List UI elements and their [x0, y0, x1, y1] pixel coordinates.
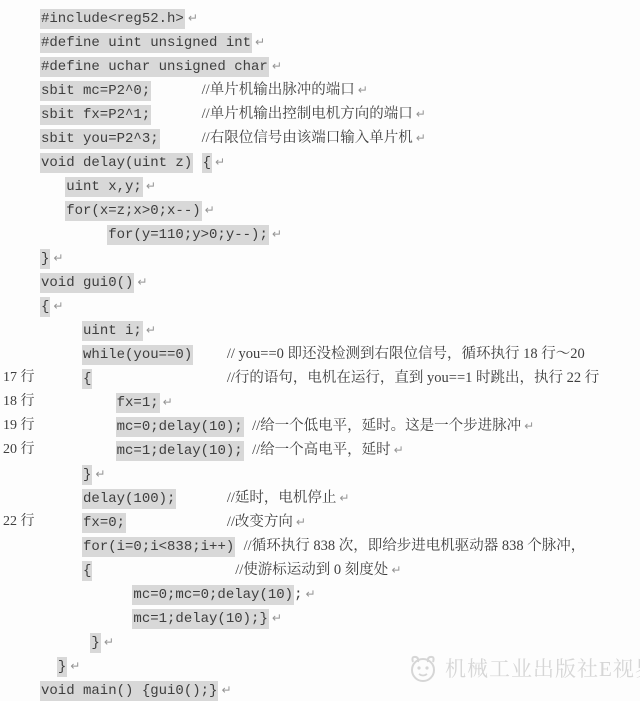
code-line-body: {↵ — [40, 294, 63, 318]
code-text: for(x=z;x>0;x--) — [65, 201, 201, 221]
code-comment: // you==0 即还没检测到右限位信号，循环执行 18 行～20 — [227, 346, 585, 362]
code-line-body: while(you==0) // you==0 即还没检测到右限位信号，循环执行… — [40, 342, 585, 366]
code-line: #define uint unsigned int↵ — [0, 30, 640, 54]
code-line: for(x=z;x>0;x--)↵ — [0, 198, 640, 222]
code-gap — [160, 129, 202, 149]
line-number-label — [0, 582, 40, 606]
line-number-label — [0, 30, 40, 54]
code-text: while(you==0) — [82, 345, 193, 365]
document-page: #include<reg52.h>↵#define uint unsigned … — [0, 0, 640, 701]
code-indent — [40, 345, 82, 365]
return-mark-icon: ↵ — [391, 563, 401, 577]
code-text: #define uint unsigned int — [40, 33, 252, 53]
code-gap — [151, 81, 201, 101]
code-line: {↵ — [0, 294, 640, 318]
code-line: uint i;↵ — [0, 318, 640, 342]
return-mark-icon: ↵ — [215, 155, 225, 169]
code-text: #include<reg52.h> — [40, 9, 185, 29]
code-line: 17 行 { //行的语句，电机在运行，直到 you==1 时跳出，执行 22 … — [0, 366, 640, 390]
line-number-label — [0, 318, 40, 342]
code-line: delay(100); //延时，电机停止↵ — [0, 486, 640, 510]
return-mark-icon: ↵ — [188, 11, 198, 25]
code-comment: //单片机输出控制电机方向的端口 — [202, 106, 413, 122]
code-line: void gui0()↵ — [0, 270, 640, 294]
code-text — [193, 153, 201, 173]
code-line: while(you==0) // you==0 即还没检测到右限位信号，循环执行… — [0, 342, 640, 366]
code-line: }↵ — [0, 246, 640, 270]
return-mark-icon: ↵ — [70, 659, 80, 673]
code-text: for(i=0;i<838;i++) — [82, 537, 235, 557]
code-line: 19 行 mc=0;delay(10); //给一个低电平，延时。这是一个步进脉… — [0, 414, 640, 438]
code-line-body: for(x=z;x>0;x--)↵ — [40, 198, 215, 222]
return-mark-icon: ↵ — [524, 419, 534, 433]
line-number-label — [0, 246, 40, 270]
code-line-body: mc=1;delay(10); //给一个高电平，延时↵ — [40, 438, 404, 462]
line-number-label — [0, 558, 40, 582]
code-text: void gui0() — [40, 273, 134, 293]
code-text: } — [82, 465, 92, 485]
code-comment: //给一个低电平，延时。这是一个步进脉冲 — [252, 418, 521, 434]
code-gap — [244, 417, 252, 437]
code-text: mc=1;delay(10);} — [132, 609, 268, 629]
line-number-label: 19 行 — [0, 414, 40, 438]
code-indent — [40, 609, 132, 629]
code-line: sbit mc=P2^0; //单片机输出脉冲的端口↵ — [0, 78, 640, 102]
code-line: sbit fx=P2^1; //单片机输出控制电机方向的端口↵ — [0, 102, 640, 126]
code-gap — [126, 513, 227, 533]
code-line-body: { //使游标运动到 0 刻度处↵ — [40, 558, 401, 582]
return-mark-icon: ↵ — [137, 275, 147, 289]
line-number-label — [0, 270, 40, 294]
code-comment: //右限位信号由该端口输入单片机 — [202, 130, 413, 146]
code-text: sbit mc=P2^0; — [40, 81, 151, 101]
code-indent — [40, 537, 82, 557]
code-text: void delay(uint z) — [40, 153, 193, 173]
code-line-body: }↵ — [40, 462, 105, 486]
code-comment: //循环执行 838 次，即给步进电机驱动器 838 个脉冲， — [244, 538, 586, 554]
return-mark-icon: ↵ — [358, 83, 368, 97]
code-text: { — [202, 153, 212, 173]
line-number-label — [0, 102, 40, 126]
code-indent — [40, 369, 82, 389]
code-line-body: for(i=0;i<838;i++) //循环执行 838 次，即给步进电机驱动… — [40, 534, 585, 558]
line-number-label — [0, 462, 40, 486]
code-line-body: }↵ — [40, 654, 80, 678]
code-line: 20 行 mc=1;delay(10); //给一个高电平，延时↵ — [0, 438, 640, 462]
return-mark-icon: ↵ — [272, 611, 282, 625]
code-line-body: #define uint unsigned int↵ — [40, 30, 265, 54]
line-number-label — [0, 654, 40, 678]
code-line: void main() {gui0();}↵ — [0, 678, 640, 701]
code-line: }↵ — [0, 654, 640, 678]
code-line-body: for(y=110;y>0;y--);↵ — [40, 222, 282, 246]
line-number-label — [0, 534, 40, 558]
code-line-body: mc=1;delay(10);}↵ — [40, 606, 282, 630]
code-gap — [235, 537, 243, 557]
code-line: mc=0;mc=0;delay(10);↵ — [0, 582, 640, 606]
code-line: 18 行 fx=1;↵ — [0, 390, 640, 414]
code-text: #define uchar unsigned char — [40, 57, 269, 77]
code-line-body: }↵ — [40, 630, 114, 654]
code-comment: //改变方向 — [227, 514, 293, 530]
line-number-label — [0, 150, 40, 174]
return-mark-icon: ↵ — [272, 227, 282, 241]
return-mark-icon: ↵ — [272, 59, 282, 73]
line-number-label — [0, 294, 40, 318]
code-line: #include<reg52.h>↵ — [0, 6, 640, 30]
code-line: for(i=0;i<838;i++) //循环执行 838 次，即给步进电机驱动… — [0, 534, 640, 558]
code-comment: //给一个高电平，延时 — [252, 442, 391, 458]
code-text: { — [40, 297, 50, 317]
code-text: mc=0;mc=0;delay(10) — [132, 585, 294, 605]
code-text: sbit fx=P2^1; — [40, 105, 151, 125]
code-line: sbit you=P2^3; //右限位信号由该端口输入单片机↵ — [0, 126, 640, 150]
code-text: } — [57, 657, 67, 677]
return-mark-icon: ↵ — [339, 491, 349, 505]
line-number-label — [0, 174, 40, 198]
code-indent — [40, 513, 82, 533]
code-indent — [40, 201, 65, 221]
code-text: sbit you=P2^3; — [40, 129, 160, 149]
code-text: mc=0;delay(10); — [116, 417, 244, 437]
line-number-label: 20 行 — [0, 438, 40, 462]
code-indent — [40, 321, 82, 341]
return-mark-icon: ↵ — [205, 203, 215, 217]
code-line-body: sbit mc=P2^0; //单片机输出脉冲的端口↵ — [40, 78, 368, 102]
code-gap — [151, 105, 201, 125]
code-line: #define uchar unsigned char↵ — [0, 54, 640, 78]
return-mark-icon: ↵ — [255, 35, 265, 49]
return-mark-icon: ↵ — [146, 323, 156, 337]
code-line-body: mc=0;mc=0;delay(10);↵ — [40, 582, 316, 606]
code-gap — [92, 561, 235, 581]
code-text: mc=1;delay(10); — [116, 441, 244, 461]
code-line-body: fx=1;↵ — [40, 390, 173, 414]
code-indent — [40, 393, 116, 413]
code-line-body: mc=0;delay(10); //给一个低电平，延时。这是一个步进脉冲↵ — [40, 414, 534, 438]
line-number-label: 18 行 — [0, 390, 40, 414]
code-line-body: #include<reg52.h>↵ — [40, 6, 198, 30]
return-mark-icon: ↵ — [95, 467, 105, 481]
code-line: for(y=110;y>0;y--);↵ — [0, 222, 640, 246]
code-indent — [40, 225, 107, 245]
code-line-body: fx=0; //改变方向↵ — [40, 510, 306, 534]
return-mark-icon: ↵ — [146, 179, 156, 193]
code-line-body: sbit fx=P2^1; //单片机输出控制电机方向的端口↵ — [40, 102, 426, 126]
code-text: } — [90, 633, 100, 653]
line-number-label — [0, 342, 40, 366]
code-text: { — [82, 369, 92, 389]
code-gap — [176, 489, 226, 509]
code-line: uint x,y;↵ — [0, 174, 640, 198]
code-comment: //使游标运动到 0 刻度处 — [235, 562, 388, 578]
code-indent — [40, 657, 57, 677]
line-number-label — [0, 198, 40, 222]
line-number-label — [0, 6, 40, 30]
code-line: void delay(uint z) {↵ — [0, 150, 640, 174]
code-text: { — [82, 561, 92, 581]
code-block: #include<reg52.h>↵#define uint unsigned … — [0, 0, 640, 701]
return-mark-icon: ↵ — [296, 515, 306, 529]
code-text: } — [40, 249, 50, 269]
code-gap — [244, 441, 252, 461]
code-comment: //延时，电机停止 — [227, 490, 337, 506]
line-number-label — [0, 126, 40, 150]
code-indent — [40, 465, 82, 485]
code-indent — [40, 585, 132, 605]
code-text: uint x,y; — [65, 177, 143, 197]
code-text: uint i; — [82, 321, 143, 341]
code-line: 22 行 fx=0; //改变方向↵ — [0, 510, 640, 534]
code-line: }↵ — [0, 630, 640, 654]
code-gap — [92, 369, 226, 389]
line-number-label: 17 行 — [0, 366, 40, 390]
code-gap — [193, 345, 227, 365]
return-mark-icon: ↵ — [416, 131, 426, 145]
code-text: void main() {gui0();} — [40, 681, 218, 701]
return-mark-icon: ↵ — [53, 251, 63, 265]
return-mark-icon: ↵ — [305, 587, 315, 601]
code-text: delay(100); — [82, 489, 176, 509]
return-mark-icon: ↵ — [53, 299, 63, 313]
line-number-label — [0, 606, 40, 630]
code-line-body: sbit you=P2^3; //右限位信号由该端口输入单片机↵ — [40, 126, 426, 150]
code-indent — [40, 177, 65, 197]
return-mark-icon: ↵ — [394, 443, 404, 457]
code-line-body: { //行的语句，电机在运行，直到 you==1 时跳出，执行 22 行 — [40, 366, 599, 390]
code-indent — [40, 561, 82, 581]
line-number-label — [0, 54, 40, 78]
code-line: }↵ — [0, 462, 640, 486]
code-line-body: #define uchar unsigned char↵ — [40, 54, 282, 78]
code-text: fx=1; — [116, 393, 160, 413]
return-mark-icon: ↵ — [221, 683, 231, 697]
code-line: mc=1;delay(10);}↵ — [0, 606, 640, 630]
code-line-body: void gui0()↵ — [40, 270, 147, 294]
code-indent — [40, 441, 116, 461]
line-number-label: 22 行 — [0, 510, 40, 534]
code-indent — [40, 489, 82, 509]
line-number-label — [0, 678, 40, 701]
code-line-body: void main() {gui0();}↵ — [40, 678, 232, 701]
code-line-body: }↵ — [40, 246, 63, 270]
line-number-label — [0, 78, 40, 102]
return-mark-icon: ↵ — [104, 635, 114, 649]
code-line-body: void delay(uint z) {↵ — [40, 150, 225, 174]
code-text: fx=0; — [82, 513, 126, 533]
code-comment: //行的语句，电机在运行，直到 you==1 时跳出，执行 22 行 — [227, 370, 599, 386]
code-line-body: delay(100); //延时，电机停止↵ — [40, 486, 349, 510]
code-line: { //使游标运动到 0 刻度处↵ — [0, 558, 640, 582]
code-line-body: uint i;↵ — [40, 318, 156, 342]
code-line-body: uint x,y;↵ — [40, 174, 156, 198]
line-number-label — [0, 630, 40, 654]
line-number-label — [0, 222, 40, 246]
line-number-label — [0, 486, 40, 510]
code-text: ; — [294, 585, 302, 605]
return-mark-icon: ↵ — [416, 107, 426, 121]
code-indent — [40, 417, 116, 437]
code-indent — [40, 633, 90, 653]
code-comment: //单片机输出脉冲的端口 — [202, 82, 355, 98]
code-text: for(y=110;y>0;y--); — [107, 225, 269, 245]
return-mark-icon: ↵ — [163, 395, 173, 409]
